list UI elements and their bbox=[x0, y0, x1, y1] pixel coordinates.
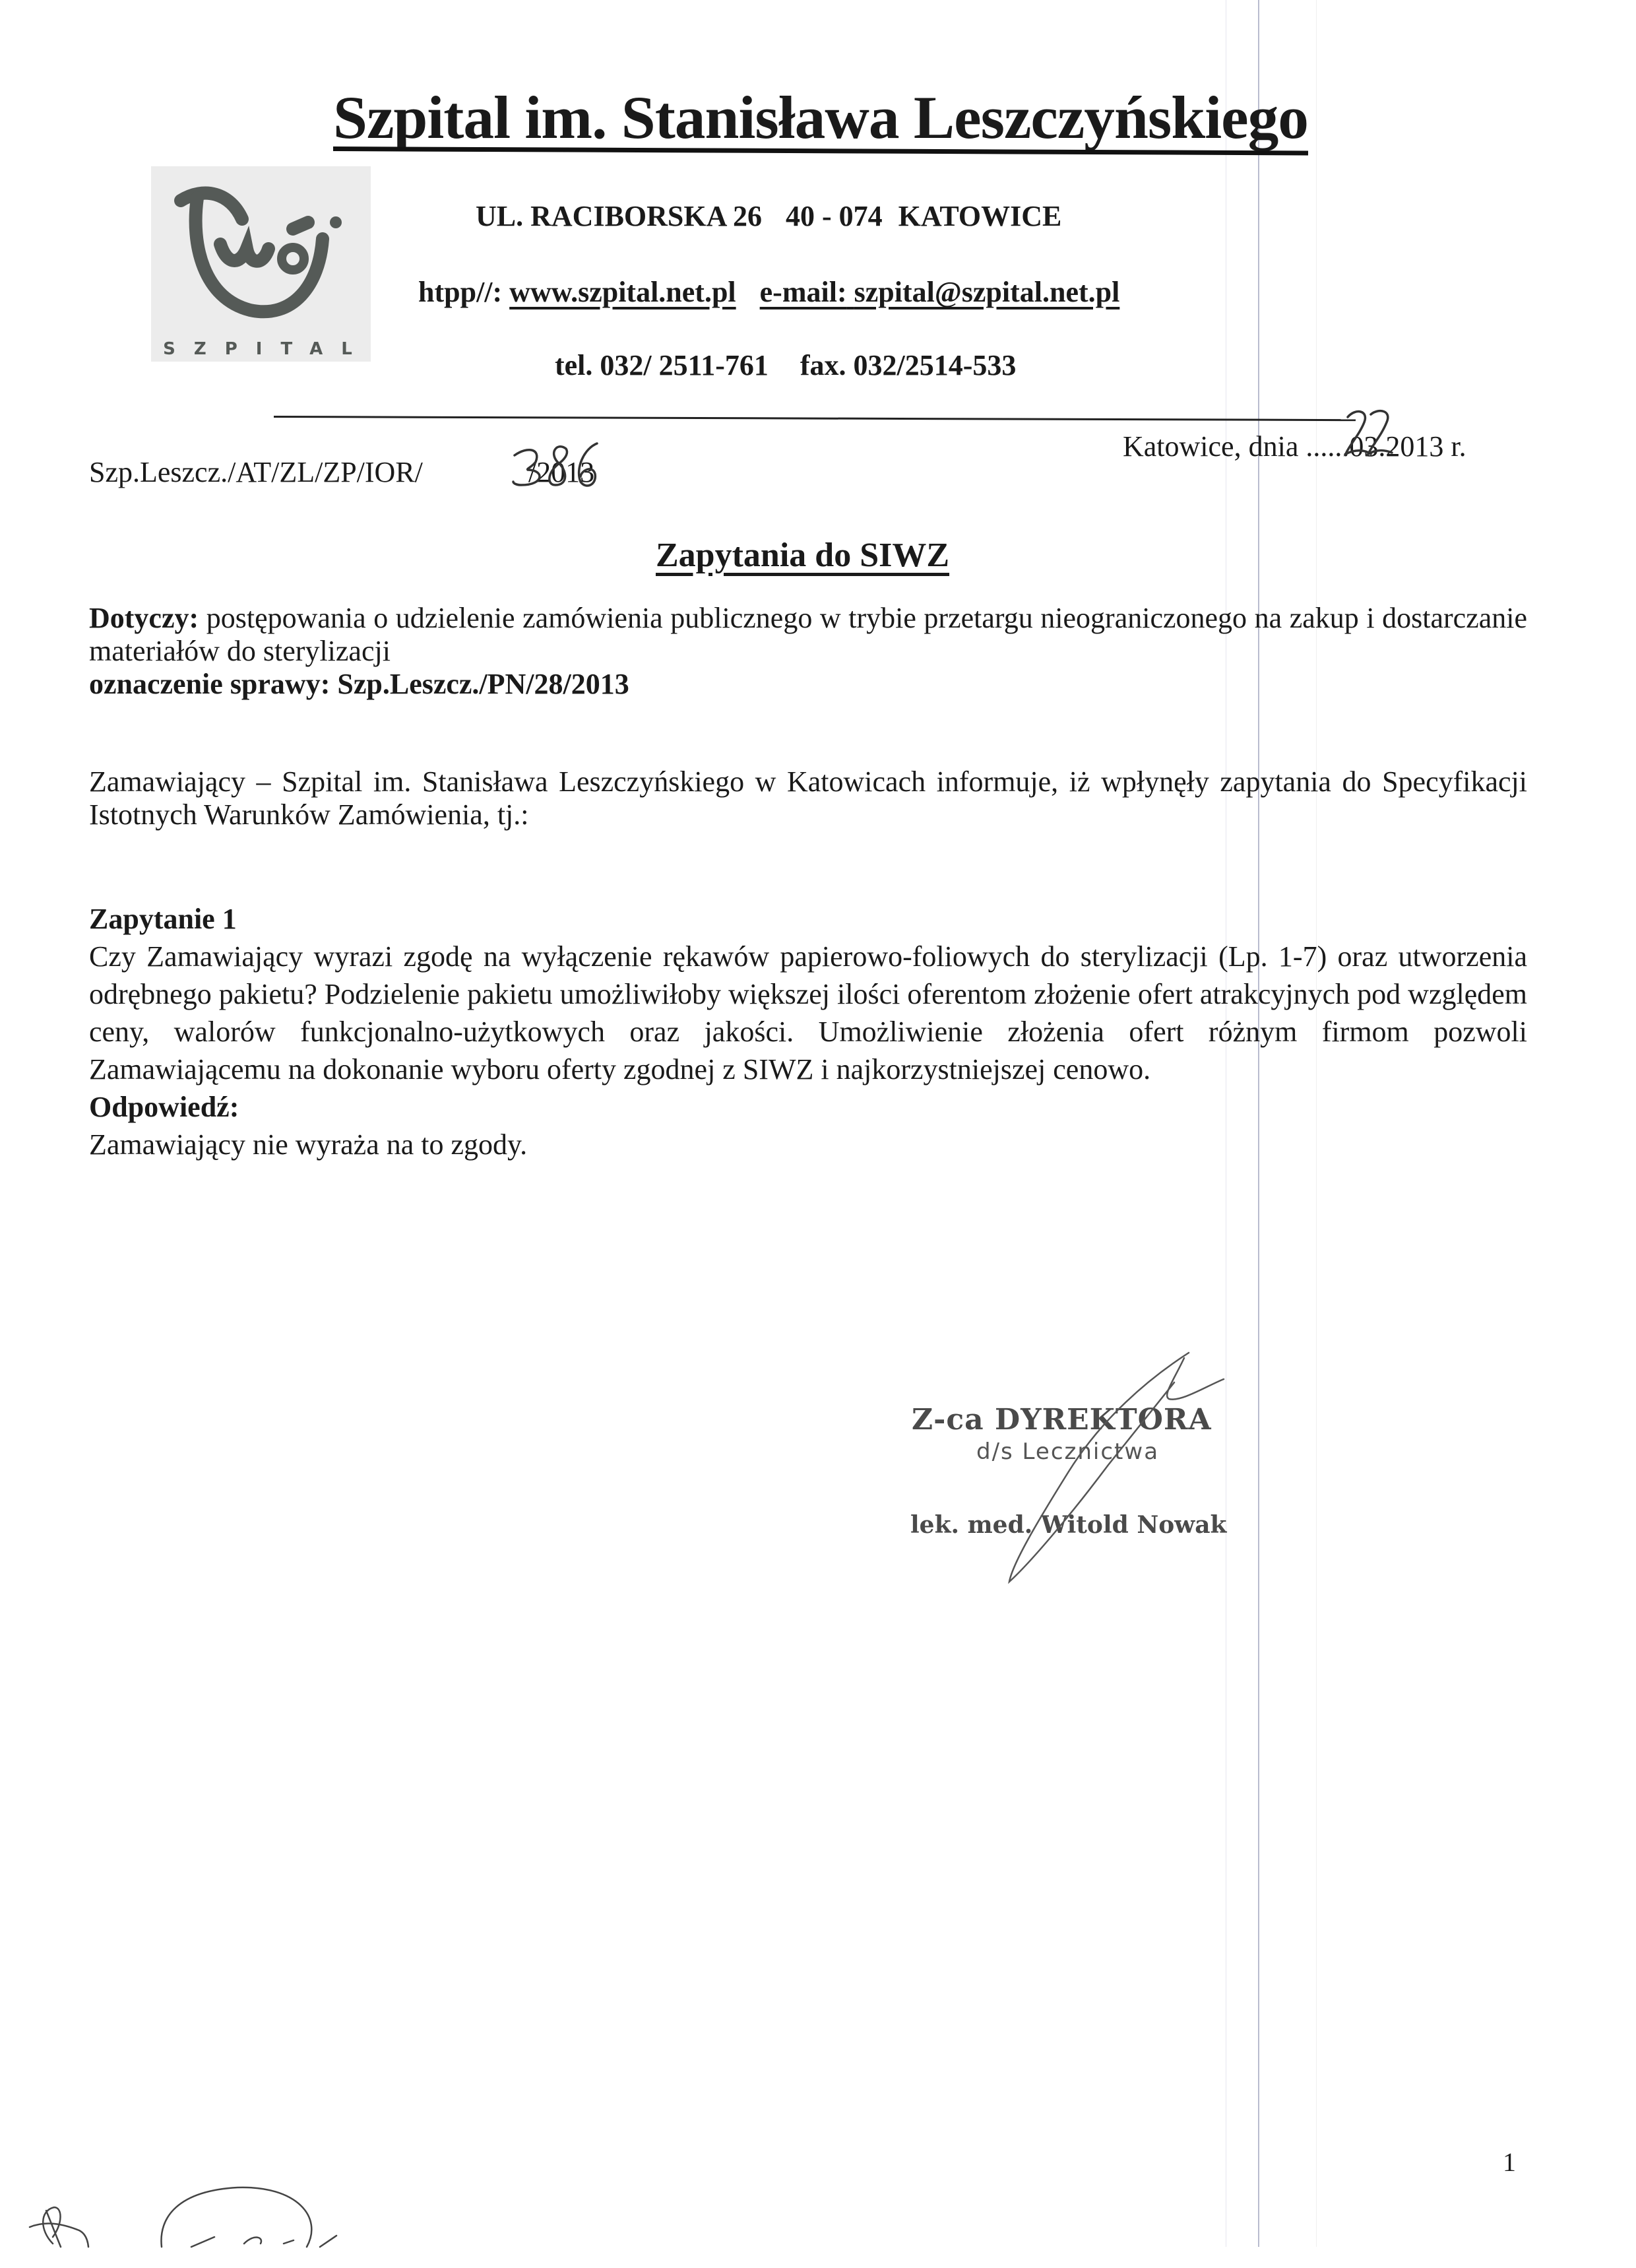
case-number: Szp.Leszcz./PN/28/2013 bbox=[337, 668, 629, 700]
twoj-smile-logo-icon bbox=[151, 166, 371, 362]
contact-line: htpp//: www.szpital.net.ple-mail: szpita… bbox=[418, 276, 1119, 309]
phone: tel. 032/ 2511-761 bbox=[555, 349, 769, 381]
date-suffix: 03.2013 r. bbox=[1349, 430, 1466, 463]
city: KATOWICE bbox=[898, 200, 1062, 232]
reference-number: Szp.Leszcz./AT/ZL/ZP/IOR/386/2013 bbox=[89, 455, 594, 489]
email-link[interactable]: e-mail: szpital@szpital.net.pl bbox=[760, 276, 1120, 308]
logo-wordmark: SZPITAL bbox=[151, 339, 371, 359]
date-prefix: Katowice, dnia bbox=[1123, 430, 1298, 463]
email-label: e-mail: bbox=[760, 276, 847, 308]
web-prefix: htpp//: bbox=[418, 276, 502, 308]
phone-line: tel. 032/ 2511-761fax. 032/2514-533 bbox=[555, 349, 1016, 382]
initials-icon bbox=[30, 2187, 336, 2247]
reference-suffix: /2013 bbox=[528, 456, 594, 488]
header-separator bbox=[274, 416, 1356, 421]
postal-code: 40 - 074 bbox=[786, 200, 883, 232]
answer-label: Odpowiedź: bbox=[89, 1088, 1527, 1126]
date-line: Katowice, dnia ......03.2013 r. 22 bbox=[1123, 430, 1466, 463]
director-signature-icon bbox=[1009, 1353, 1224, 1582]
question-text: Czy Zamawiający wyrazi zgodę na wyłączen… bbox=[89, 938, 1527, 1088]
website-link[interactable]: www.szpital.net.pl bbox=[509, 276, 736, 308]
date-dots: ...... bbox=[1306, 430, 1349, 463]
subject-text: postępowania o udzielenie zamówienia pub… bbox=[89, 602, 1527, 667]
answer-text: Zamawiający nie wyraża na to zgody. bbox=[89, 1126, 1527, 1163]
street: UL. RACIBORSKA 26 bbox=[476, 200, 762, 232]
intro-paragraph: Zamawiający – Szpital im. Stanisława Les… bbox=[89, 765, 1527, 831]
stamp-title: Z-ca DYREKTORA bbox=[912, 1403, 1212, 1437]
document-title: Zapytania do SIWZ bbox=[656, 536, 949, 575]
stamp-department: d/s Lecznictwa bbox=[976, 1439, 1159, 1465]
stamp-name: lek. med. Witold Nowak bbox=[910, 1511, 1227, 1539]
subject-label: Dotyczy: bbox=[89, 602, 199, 634]
case-reference: oznaczenie sprawy: Szp.Leszcz./PN/28/201… bbox=[89, 668, 1527, 701]
address-line: UL. RACIBORSKA 2640 - 074KATOWICE bbox=[476, 200, 1061, 233]
reference-prefix: Szp.Leszcz./AT/ZL/ZP/IOR/ bbox=[89, 456, 423, 488]
hospital-logo: SZPITAL bbox=[151, 166, 371, 362]
email-address: szpital@szpital.net.pl bbox=[854, 276, 1120, 308]
case-label: oznaczenie sprawy: bbox=[89, 668, 330, 700]
handwritten-reference-number: 386 bbox=[423, 455, 528, 482]
subject-block: Dotyczy: postępowania o udzielenie zamów… bbox=[89, 602, 1527, 701]
question-heading: Zapytanie 1 bbox=[89, 900, 1527, 938]
question-1: Zapytanie 1 Czy Zamawiający wyrazi zgodę… bbox=[89, 900, 1527, 1163]
fax: fax. 032/2514-533 bbox=[800, 349, 1017, 381]
page-number: 1 bbox=[1503, 2148, 1516, 2177]
hospital-name-heading: Szpital im. Stanisława Leszczyńskiego bbox=[333, 84, 1308, 150]
